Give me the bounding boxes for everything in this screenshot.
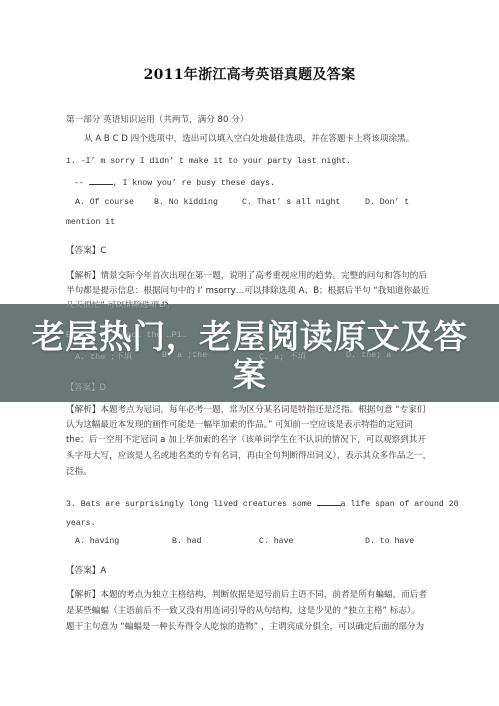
q3-stem-line2: years.: [66, 518, 95, 530]
q1-stem-line2: -- , I know you’ re busy these days.: [74, 176, 275, 190]
q1-analysis-line: 半句都是提示信息：根据问句中的 I’ msorry…可以排除选项 A、B；根据后…: [66, 285, 429, 297]
q3-stem-line1: 3. Bats are surprisingly long lived crea…: [66, 497, 459, 511]
q3-option-d: D. to have: [365, 537, 414, 546]
q1-analysis-line: 【解析】情景交际今年首次出现在第一题，说明了高考重视应用的趋势。完整的问句和答句…: [66, 270, 427, 282]
q1-option-b: B. No kidding: [154, 198, 218, 207]
document-title: 2011年浙江高考英语真题及答案: [0, 64, 499, 84]
headline-line-2: 案: [0, 356, 499, 394]
q1-option-a: A. Of course: [75, 198, 134, 207]
q3-option-c: C. have: [259, 537, 293, 546]
q2-analysis-line: 【解析】本题考点为冠词，每年必考一题，常为区分某名词是特指还是泛指。根据句意 “…: [66, 404, 426, 416]
q3-stem-suffix: a life span of around 20: [341, 500, 459, 509]
q3-option-a: A. having: [75, 537, 119, 546]
q1-analysis-ghost: 几天很忙” 可以排除选项 D。: [66, 298, 174, 310]
q1-option-d: D. Don’ t: [365, 198, 409, 207]
headline-title[interactable]: 老屋热门，老屋阅读原文及答 案: [0, 318, 499, 394]
q2-analysis-line: 泛指。: [66, 466, 92, 478]
q3-option-b: B. had: [172, 537, 201, 546]
q2-analysis-line: 头字母大写，应该是人名或地名类的专有名词，再由全句判断得出词义），表示其众多作品…: [66, 450, 431, 462]
q1-answer: 【答案】C: [66, 245, 106, 257]
q1-option-c: C. That’ s all night: [242, 198, 340, 207]
q1-stem-suffix: , I know you’ re busy these days.: [113, 179, 275, 188]
instructions: 从 A B C D 四个选项中，选出可以填入空白处地最佳选项，并在答题卡上将该项…: [84, 133, 414, 145]
q1-blank: [89, 176, 113, 185]
q3-blank: [317, 497, 341, 506]
section-heading: 第一部分 英语知识运用（共两节，满分 80 分）: [66, 114, 248, 126]
q2-analysis-line: 认为这幅最近本发现的画作可能是一幅毕加索的作品。” 可知前一空应该是表示特指的定…: [66, 419, 413, 431]
q3-analysis-line: 是某些蝙蝠（主语前后不一致又没有用连词引导的从句结构，这是少见的 “独立主格” …: [66, 605, 420, 617]
q3-stem-prefix: 3. Bats are surprisingly long lived crea…: [66, 500, 317, 509]
q3-analysis-line: 【解析】本题的考点为独立主格结构，判断依据是逗号前后主语不同，前者是所有蝙蝠，而…: [66, 589, 427, 601]
q1-stem-line1: 1. -I’ m sorry I didn’ t make it to your…: [66, 156, 351, 168]
q1-option-wrap: mention it: [66, 217, 115, 229]
headline-line-1: 老屋热门，老屋阅读原文及答: [0, 318, 499, 356]
q2-analysis-line: the；后一空用不定冠词 a 加上毕加索的名字（该单词学生在不认识的情况下，可以…: [66, 434, 426, 446]
q1-stem-prefix: --: [74, 179, 89, 188]
q3-answer: 【答案】A: [66, 565, 106, 577]
q3-analysis-line: 题干主句意为 “蝙蝠是一种长寿得令人吃惊的造物” ，主谓宾成分俱全，可以确定后面…: [66, 621, 424, 633]
